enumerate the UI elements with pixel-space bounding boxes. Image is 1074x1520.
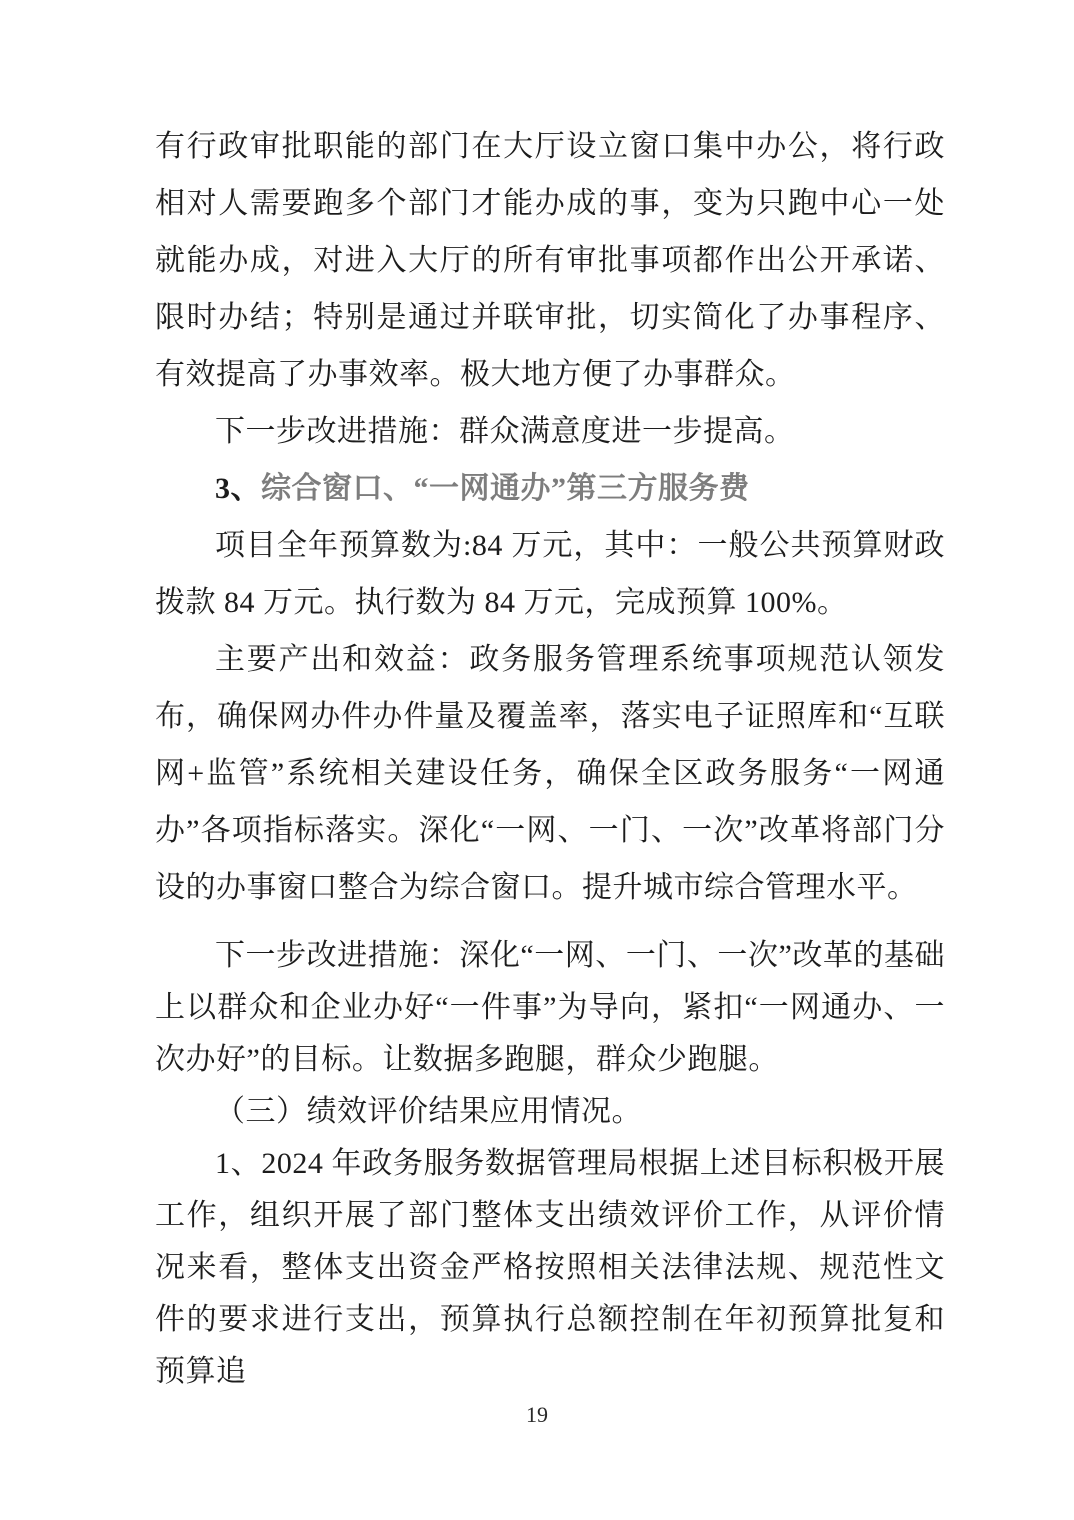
document-page: 有行政审批职能的部门在大厅设立窗口集中办公，将行政相对人需要跑多个部门才能办成的… [0,0,1074,1520]
heading-number: 3、 [215,472,261,505]
paragraph-output-benefits: 主要产出和效益：政务服务管理系统事项规范认领发布，确保网办件办件量及覆盖率，落实… [155,631,945,916]
section-heading-3: 3、综合窗口、“一网通办”第三方服务费 [155,460,945,517]
heading-title: 综合窗口、“一网通办”第三方服务费 [261,472,750,505]
paragraph-subsection-three: （三）绩效评价结果应用情况。 [155,1086,945,1138]
paragraph-improvement-measure-2: 下一步改进措施：深化“一网、一门、一次”改革的基础上以群众和企业办好“一件事”为… [155,930,945,1086]
paragraph-evaluation-results: 1、2024 年政务服务数据管理局根据上述目标积极开展工作，组织开展了部门整体支… [155,1138,945,1398]
paragraph-improvement-measure-1: 下一步改进措施：群众满意度进一步提高。 [155,403,945,460]
page-content: 有行政审批职能的部门在大厅设立窗口集中办公，将行政相对人需要跑多个部门才能办成的… [155,118,945,1398]
paragraph-budget-figures: 项目全年预算数为:84 万元，其中：一般公共预算财政拨款 84 万元。执行数为 … [155,517,945,631]
page-number: 19 [0,1402,1074,1428]
paragraph-approval-hall: 有行政审批职能的部门在大厅设立窗口集中办公，将行政相对人需要跑多个部门才能办成的… [155,118,945,403]
